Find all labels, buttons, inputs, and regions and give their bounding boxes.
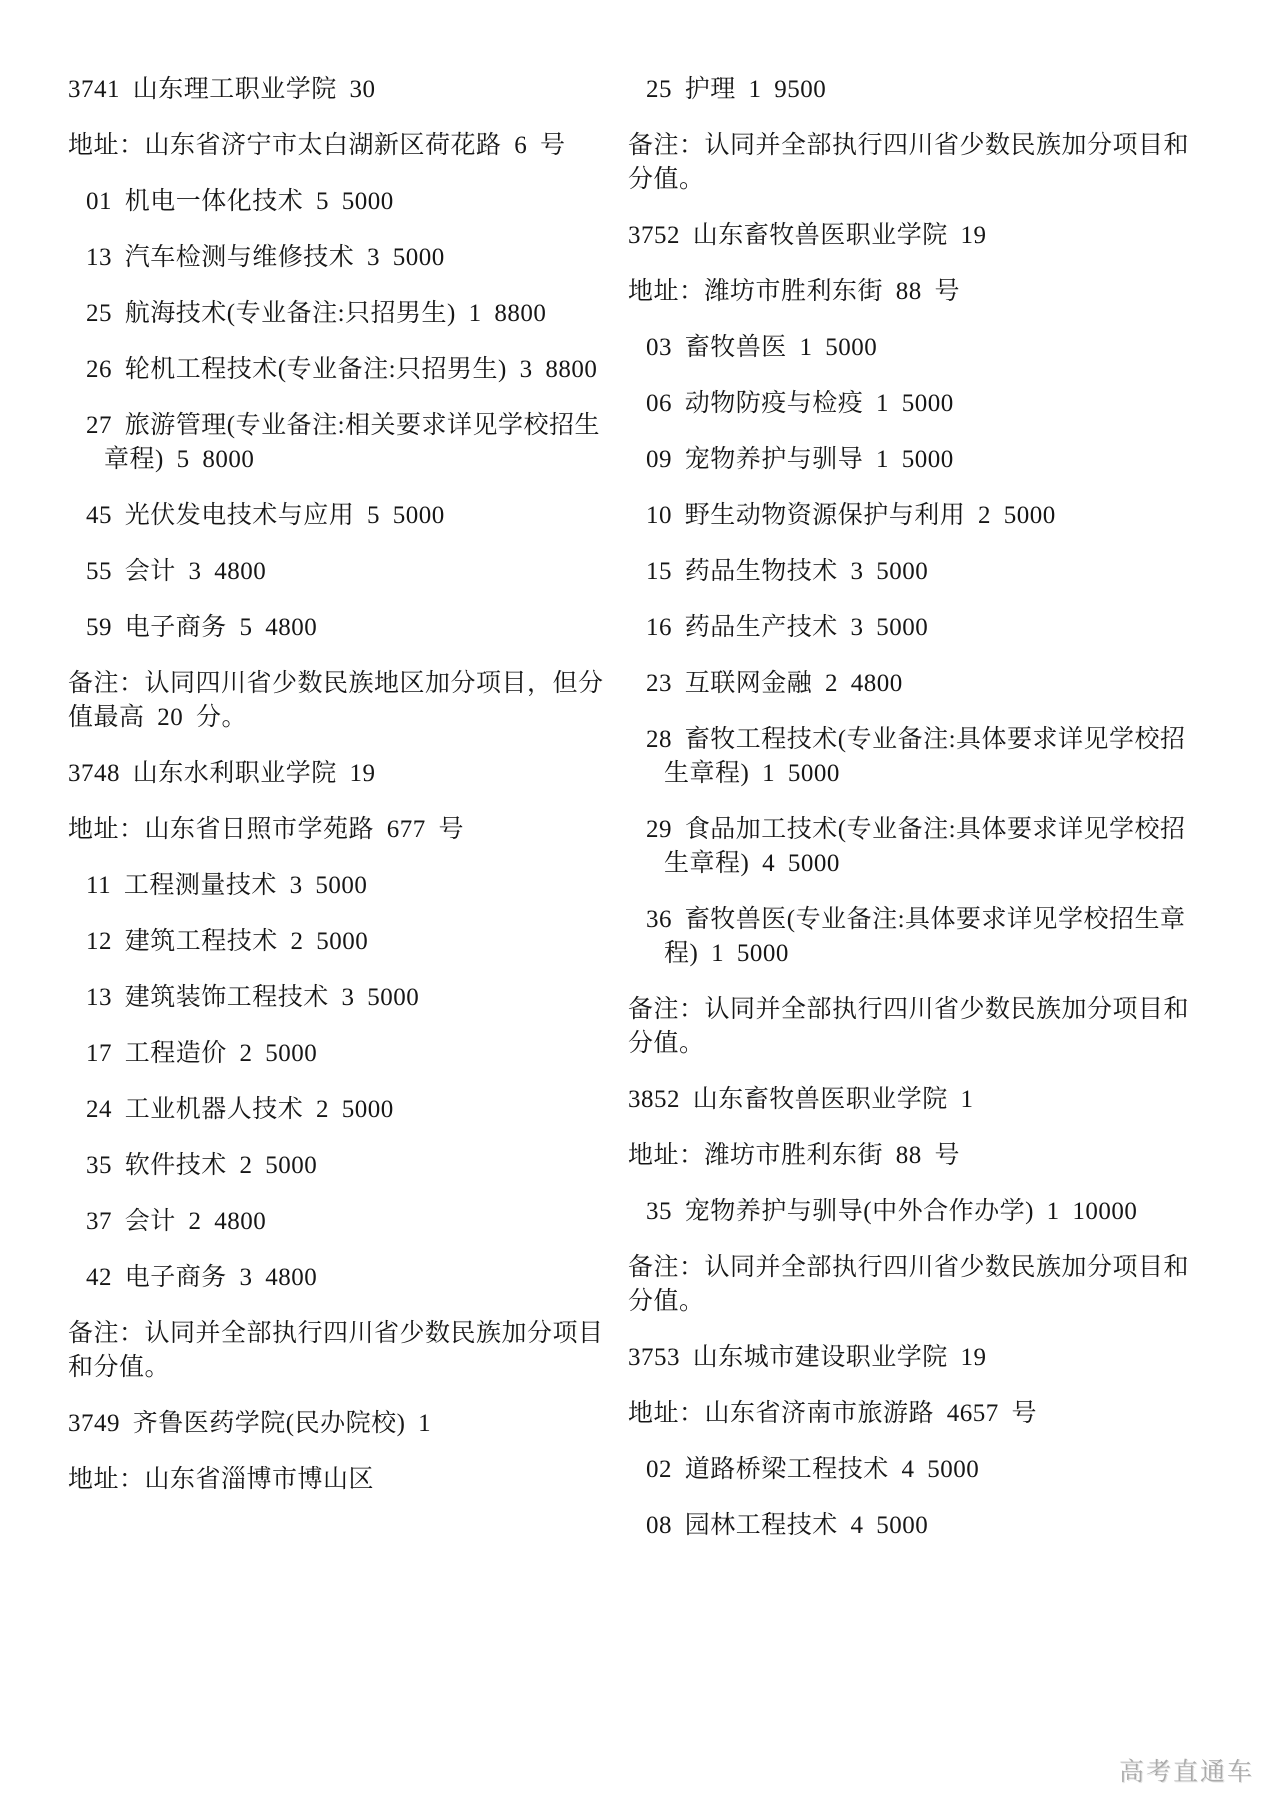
address-line: 地址：山东省日照市学苑路 677 号 [68,813,622,847]
school-line: 3753 山东城市建设职业学院 19 [628,1341,1208,1375]
major-line: 23 互联网金融 2 4800 [628,667,1208,701]
address-line: 地址：山东省淄博市博山区 [68,1463,622,1497]
major-line: 12 建筑工程技术 2 5000 [68,925,622,959]
major-line: 11 工程测量技术 3 5000 [68,869,622,903]
major-line: 42 电子商务 3 4800 [68,1261,622,1295]
major-line: 26 轮机工程技术(专业备注:只招男生) 3 8800 [68,353,622,387]
major-line: 36 畜牧兽医(专业备注:具体要求详见学校招生章程) 1 5000 [628,903,1208,971]
document-page: 3741 山东理工职业学院 30地址：山东省济宁市太白湖新区荷花路 6 号01 … [0,0,1280,1810]
school-line: 3741 山东理工职业学院 30 [68,73,622,107]
note-line: 备注：认同并全部执行四川省少数民族加分项目和分值。 [628,129,1208,197]
column-left: 3741 山东理工职业学院 30地址：山东省济宁市太白湖新区荷花路 6 号01 … [68,73,622,1519]
major-line: 37 会计 2 4800 [68,1205,622,1239]
address-line: 地址：潍坊市胜利东街 88 号 [628,1139,1208,1173]
major-line: 35 软件技术 2 5000 [68,1149,622,1183]
major-line: 13 汽车检测与维修技术 3 5000 [68,241,622,275]
column-right: 25 护理 1 9500备注：认同并全部执行四川省少数民族加分项目和分值。375… [628,73,1208,1565]
school-line: 3748 山东水利职业学院 19 [68,757,622,791]
watermark: 高考直通车 [1119,1752,1254,1788]
major-line: 08 园林工程技术 4 5000 [628,1509,1208,1543]
major-line: 29 食品加工技术(专业备注:具体要求详见学校招生章程) 4 5000 [628,813,1208,881]
major-line: 28 畜牧工程技术(专业备注:具体要求详见学校招生章程) 1 5000 [628,723,1208,791]
major-line: 45 光伏发电技术与应用 5 5000 [68,499,622,533]
address-line: 地址：山东省济南市旅游路 4657 号 [628,1397,1208,1431]
major-line: 03 畜牧兽医 1 5000 [628,331,1208,365]
major-line: 09 宠物养护与驯导 1 5000 [628,443,1208,477]
address-line: 地址：山东省济宁市太白湖新区荷花路 6 号 [68,129,622,163]
note-line: 备注：认同并全部执行四川省少数民族加分项目和分值。 [628,993,1208,1061]
major-line: 25 航海技术(专业备注:只招男生) 1 8800 [68,297,622,331]
major-line: 02 道路桥梁工程技术 4 5000 [628,1453,1208,1487]
address-line: 地址：潍坊市胜利东街 88 号 [628,275,1208,309]
note-line: 备注：认同四川省少数民族地区加分项目，但分值最高 20 分。 [68,667,622,735]
major-line: 06 动物防疫与检疫 1 5000 [628,387,1208,421]
school-line: 3749 齐鲁医药学院(民办院校) 1 [68,1407,622,1441]
major-line: 55 会计 3 4800 [68,555,622,589]
major-line: 10 野生动物资源保护与利用 2 5000 [628,499,1208,533]
school-line: 3752 山东畜牧兽医职业学院 19 [628,219,1208,253]
major-line: 27 旅游管理(专业备注:相关要求详见学校招生章程) 5 8000 [68,409,622,477]
major-line: 13 建筑装饰工程技术 3 5000 [68,981,622,1015]
note-line: 备注：认同并全部执行四川省少数民族加分项目和分值。 [68,1317,622,1385]
school-line: 3852 山东畜牧兽医职业学院 1 [628,1083,1208,1117]
major-line: 24 工业机器人技术 2 5000 [68,1093,622,1127]
major-line: 25 护理 1 9500 [628,73,1208,107]
major-line: 01 机电一体化技术 5 5000 [68,185,622,219]
major-line: 35 宠物养护与驯导(中外合作办学) 1 10000 [628,1195,1208,1229]
note-line: 备注：认同并全部执行四川省少数民族加分项目和分值。 [628,1251,1208,1319]
major-line: 15 药品生物技术 3 5000 [628,555,1208,589]
major-line: 59 电子商务 5 4800 [68,611,622,645]
major-line: 17 工程造价 2 5000 [68,1037,622,1071]
major-line: 16 药品生产技术 3 5000 [628,611,1208,645]
